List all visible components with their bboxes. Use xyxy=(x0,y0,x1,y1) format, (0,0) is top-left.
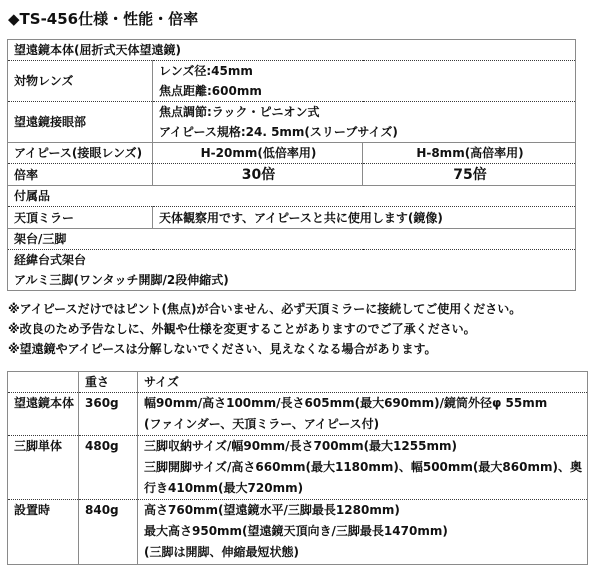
magnification-high: 75倍 xyxy=(363,164,576,186)
mount-description: 経緯台式架台 アルミ三脚(ワンタッチ開脚/2段伸縮式) xyxy=(8,250,576,291)
mount-type: 経緯台式架台 xyxy=(14,250,571,270)
body-size-dimensions: 幅90mm/高さ100mm/長さ605mm(最大690mm)/鏡筒外径φ 55m… xyxy=(144,393,583,414)
spec-label-focuser: 望遠鏡接眼部 xyxy=(8,102,153,143)
size-header-blank xyxy=(8,372,79,393)
eyepiece-low-power: H-20mm(低倍率用) xyxy=(153,143,363,164)
tripod-type: アルミ三脚(ワンタッチ開脚/2段伸縮式) xyxy=(14,270,571,290)
focuser-type: 焦点調節:ラック・ピニオン式 xyxy=(159,102,571,122)
spec-label-objective: 対物レンズ xyxy=(8,61,153,102)
spec-section-header-accessories: 付属品 xyxy=(8,186,576,207)
tripod-size-folded: 三脚収納サイズ/幅90mm/長さ700mm(最大1255mm) xyxy=(144,436,583,457)
magnification-low: 30倍 xyxy=(153,164,363,186)
note-no-disassembly: ※望遠鏡やアイピースは分解しないでください、見えなくなる場合があります。 xyxy=(8,339,600,359)
notes: ※アイピースだけではピント(焦点)が合いません、必ず天頂ミラーに接続してご使用く… xyxy=(8,299,600,359)
objective-focal-length: 焦点距離:600mm xyxy=(159,81,571,101)
spec-label-magnification: 倍率 xyxy=(8,164,153,186)
size-label-body: 望遠鏡本体 xyxy=(8,393,79,436)
setup-size: 高さ760mm(望遠鏡水平/三脚最長1280mm) 最大高さ950mm(望遠鏡天… xyxy=(138,500,588,565)
tripod-size-open: 三脚開脚サイズ/高さ660mm(最大1180mm)、幅500mm(最大860mm… xyxy=(144,457,583,499)
tripod-weight: 480g xyxy=(79,436,138,500)
spec-table: 望遠鏡本体(屈折式天体望遠鏡) 対物レンズ レンズ径:45mm 焦点距離:600… xyxy=(7,39,576,291)
page-title: ◆TS-456仕様・性能・倍率 xyxy=(8,9,600,29)
setup-height-horizontal: 高さ760mm(望遠鏡水平/三脚最長1280mm) xyxy=(144,500,583,521)
spec-section-header-mount: 架台/三脚 xyxy=(8,229,576,250)
size-header-weight: 重さ xyxy=(79,372,138,393)
spec-label-eyepiece: アイピース(接眼レンズ) xyxy=(8,143,153,164)
objective-lens-diameter: レンズ径:45mm xyxy=(159,61,571,81)
setup-condition: (三脚は開脚、伸縮最短状態) xyxy=(144,542,583,563)
spec-value-focuser: 焦点調節:ラック・ピニオン式 アイピース規格:24. 5mm(スリーブサイズ) xyxy=(153,102,576,143)
size-header-size: サイズ xyxy=(138,372,588,393)
body-size: 幅90mm/高さ100mm/長さ605mm(最大690mm)/鏡筒外径φ 55m… xyxy=(138,393,588,436)
body-size-included: (ファインダー、天頂ミラー、アイピース付) xyxy=(144,414,583,435)
eyepiece-standard: アイピース規格:24. 5mm(スリーブサイズ) xyxy=(159,122,571,142)
size-label-tripod: 三脚単体 xyxy=(8,436,79,500)
eyepiece-high-power: H-8mm(高倍率用) xyxy=(363,143,576,164)
note-focus: ※アイピースだけではピント(焦点)が合いません、必ず天頂ミラーに接続してご使用く… xyxy=(8,299,600,319)
tripod-size: 三脚収納サイズ/幅90mm/長さ700mm(最大1255mm) 三脚開脚サイズ/… xyxy=(138,436,588,500)
note-spec-change: ※改良のため予告なしに、外観や仕様を変更することがありますのでご了承ください。 xyxy=(8,319,600,339)
body-weight: 360g xyxy=(79,393,138,436)
size-label-setup: 設置時 xyxy=(8,500,79,565)
setup-weight: 840g xyxy=(79,500,138,565)
spec-section-header-telescope: 望遠鏡本体(屈折式天体望遠鏡) xyxy=(8,40,576,61)
size-table: 重さ サイズ 望遠鏡本体 360g 幅90mm/高さ100mm/長さ605mm(… xyxy=(7,371,588,565)
diagonal-description: 天体観察用です、アイピースと共に使用します(鏡像) xyxy=(153,207,576,229)
spec-value-objective: レンズ径:45mm 焦点距離:600mm xyxy=(153,61,576,102)
spec-label-diagonal: 天頂ミラー xyxy=(8,207,153,229)
setup-height-max: 最大高さ950mm(望遠鏡天頂向き/三脚最長1470mm) xyxy=(144,521,583,542)
